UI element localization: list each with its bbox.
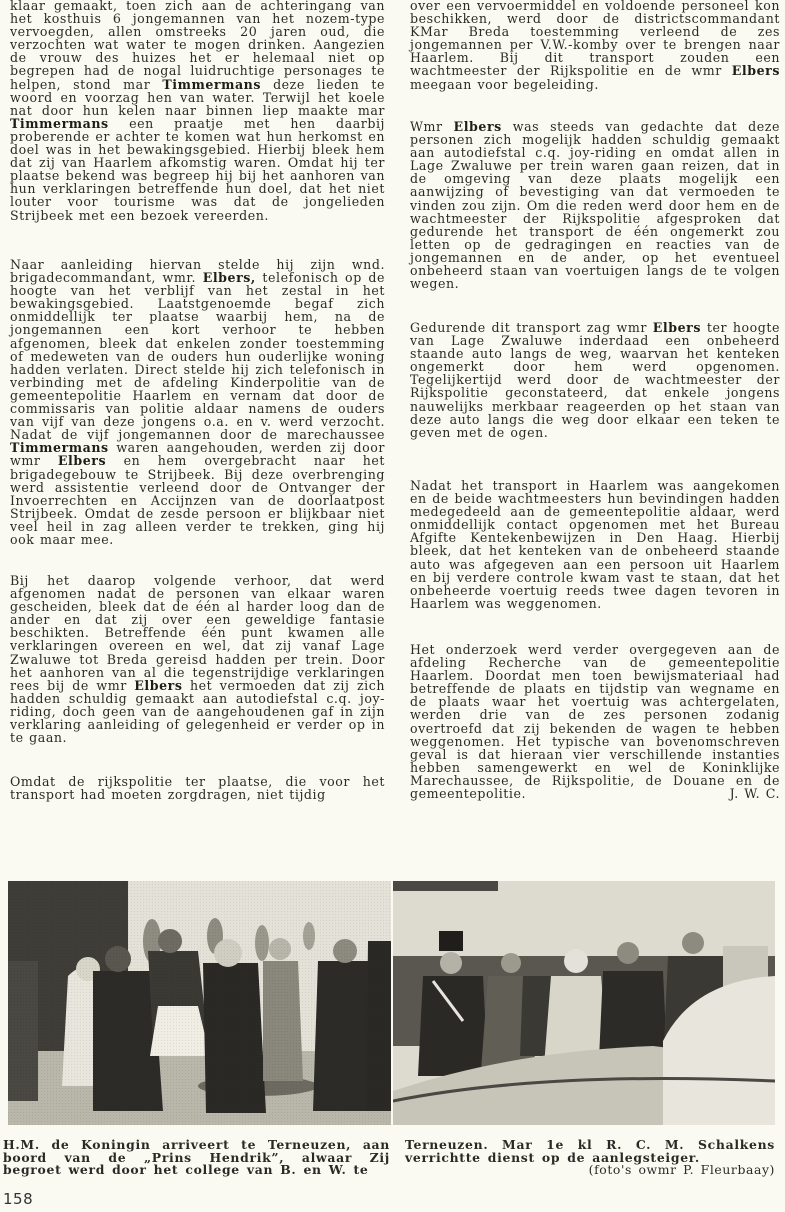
page-number: 158 [3, 1190, 33, 1208]
caption-right-text: Terneuzen. Mar 1e kl R. C. M. Schalkens … [405, 1137, 775, 1165]
photo-credit: (foto's owmr P. Fleurbaay) [405, 1164, 775, 1177]
article-paragraph: over een vervoermiddel en voldoende pers… [410, 0, 780, 91]
photo-queen-arrival-image [8, 881, 391, 1125]
article-paragraph: Naar aanleiding hiervan stelde hij zijn … [10, 258, 385, 546]
article-paragraph: Nadat het transport in Haarlem was aange… [410, 479, 780, 610]
article-paragraph: klaar gemaakt, toen zich aan de achterin… [10, 0, 385, 222]
author-signature: J. W. C. [730, 787, 780, 800]
person-name: Elbers [732, 63, 780, 78]
article-column-left: klaar gemaakt, toen zich aan de achterin… [10, 0, 385, 859]
article-paragraph: Het onderzoek werd verder overgegeven aa… [410, 643, 780, 800]
photo-caption-left: H.M. de Koningin arriveert te Terneuzen,… [3, 1139, 390, 1177]
article-column-right: over een vervoermiddel en voldoende pers… [410, 0, 780, 859]
photo-caption-right: Terneuzen. Mar 1e kl R. C. M. Schalkens … [405, 1139, 775, 1177]
article-paragraph: Gedurende dit transport zag wmr Elbers t… [410, 321, 780, 439]
photo-queen-arrival [8, 881, 391, 1125]
article-paragraph: Bij het daarop volgende verhoor, dat wer… [10, 574, 385, 744]
caption-left-text: H.M. de Koningin arriveert te Terneuzen,… [3, 1137, 390, 1177]
photo-landing-pier [393, 881, 775, 1125]
article-paragraph: Wmr Elbers was steeds van gedachte dat d… [410, 120, 780, 290]
article-paragraph: Omdat de rijkspolitie ter plaatse, die v… [10, 775, 385, 801]
photo-landing-pier-image [393, 881, 775, 1125]
